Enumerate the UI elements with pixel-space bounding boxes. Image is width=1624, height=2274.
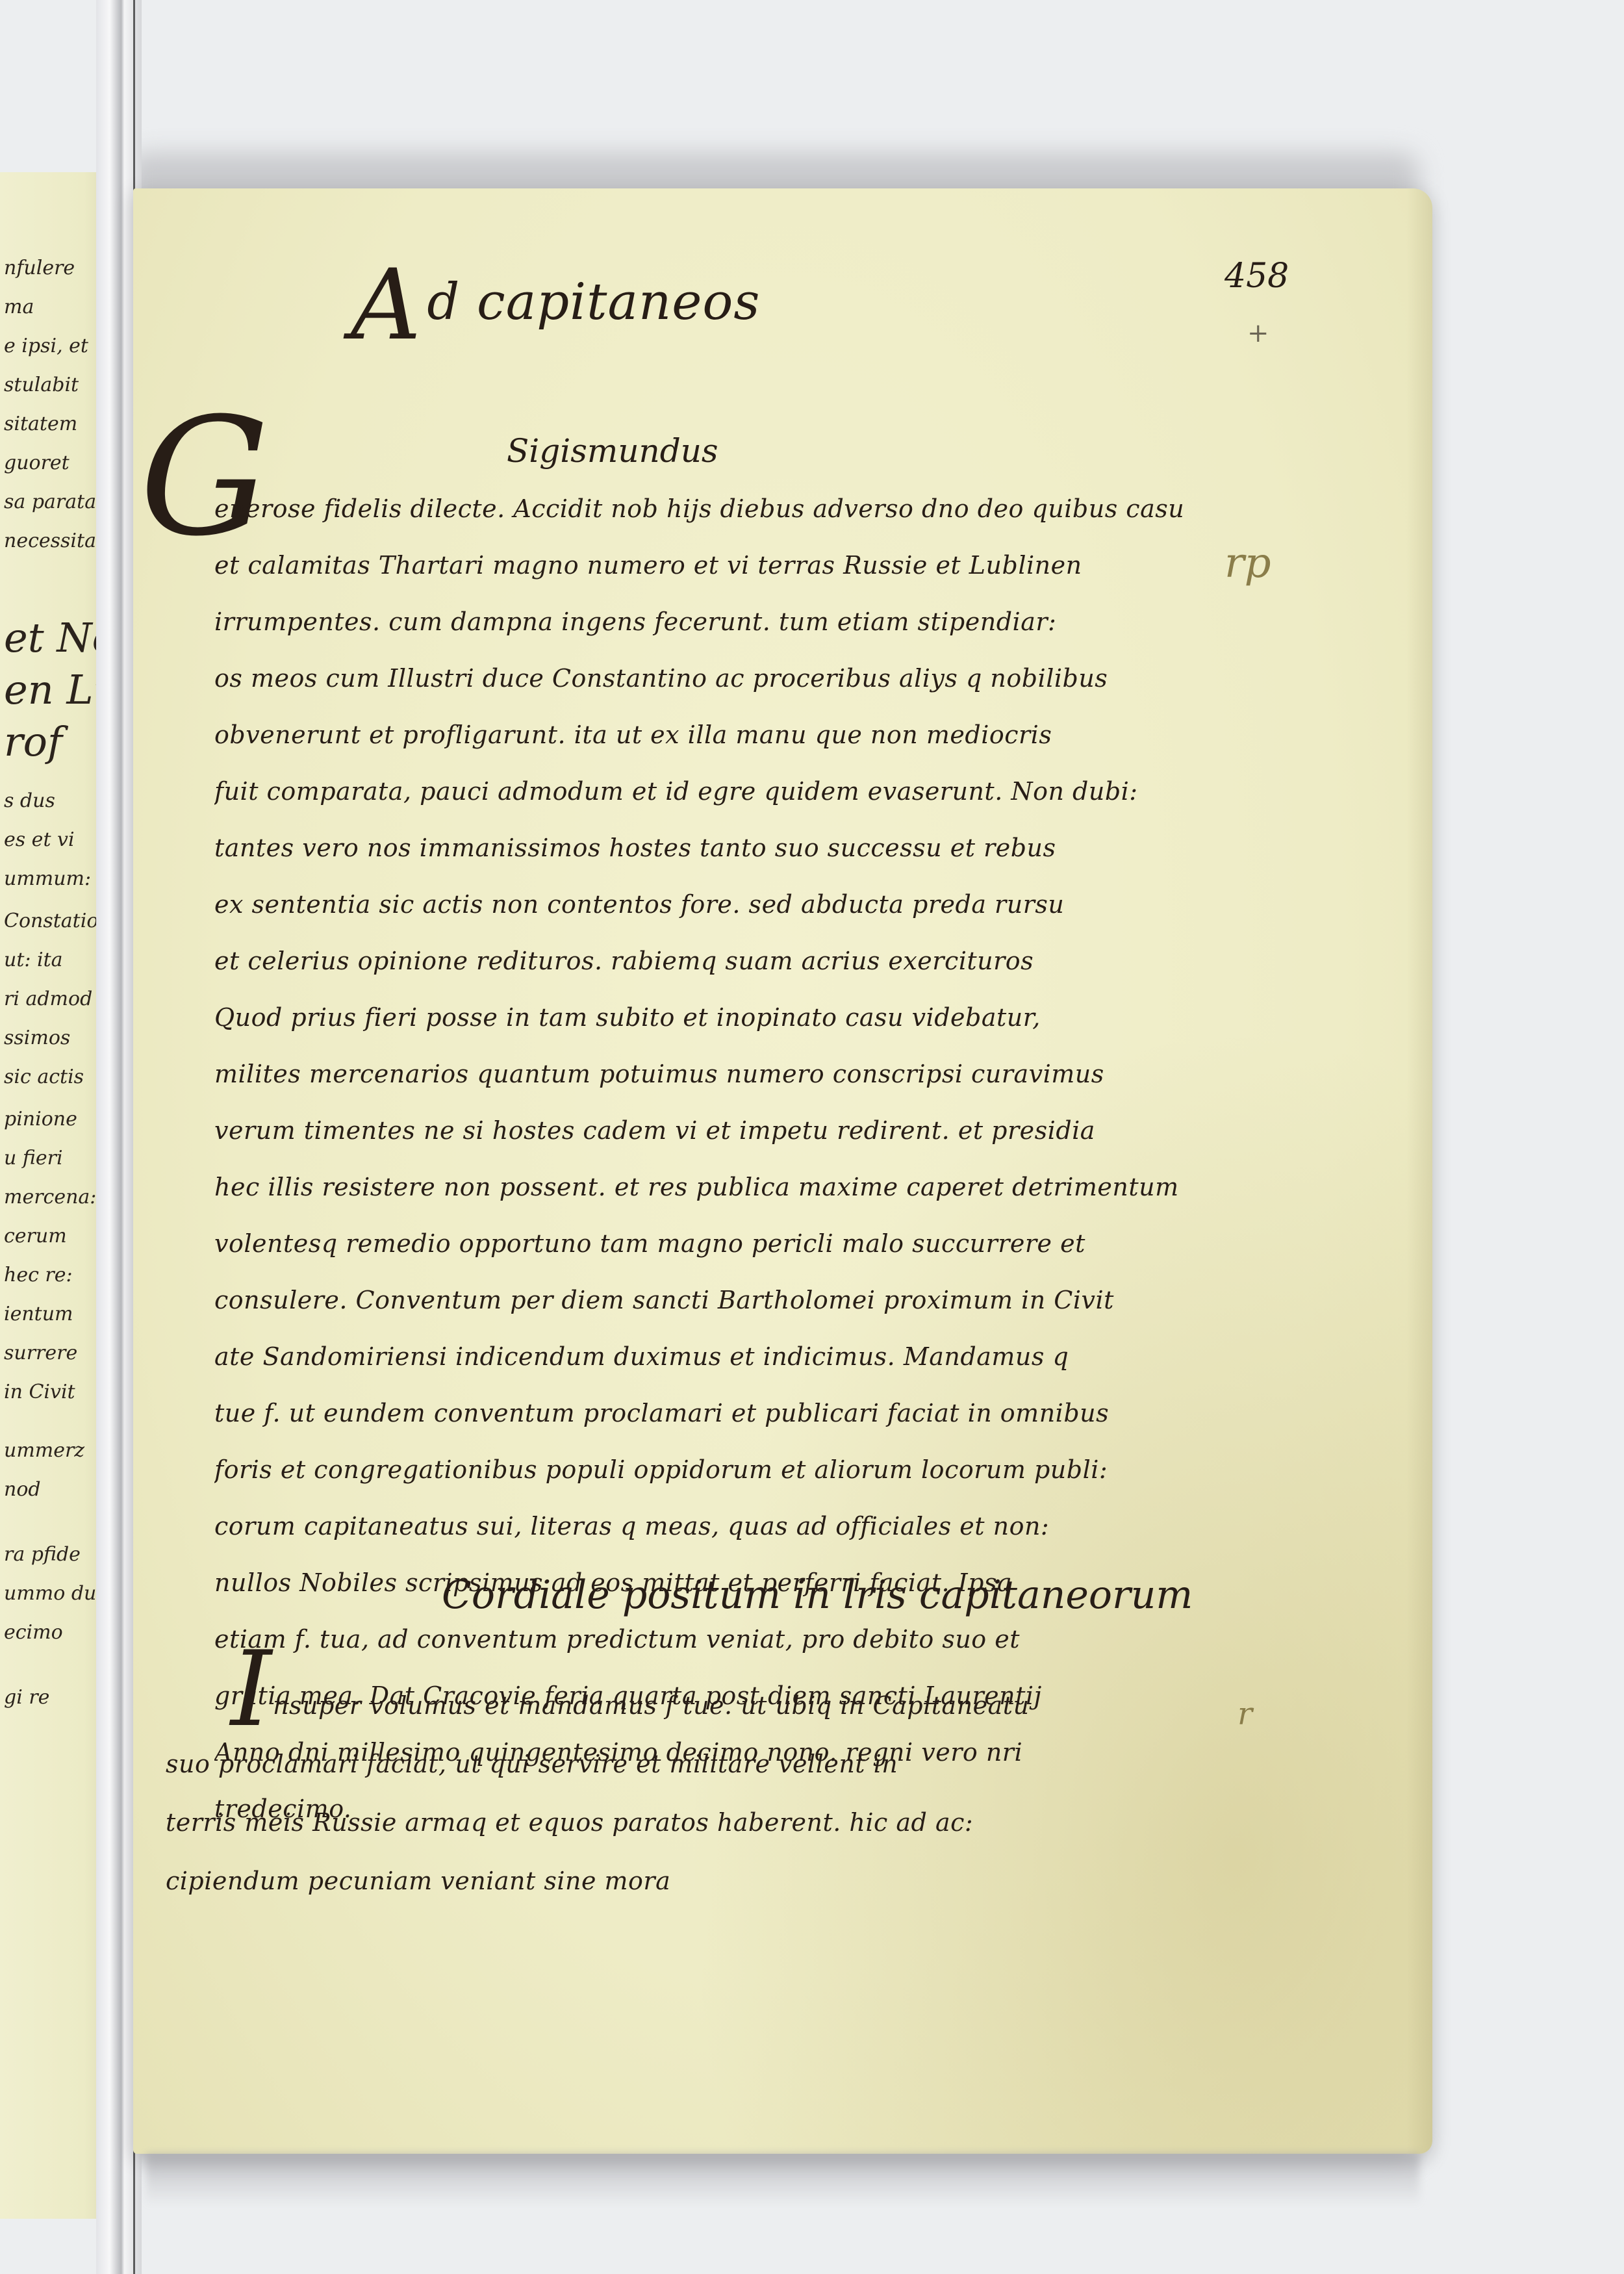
letter-line: etiam f. tua, ad conventum predictum ven… [214,1611,1202,1668]
letter-line: Quod prius fieri posse in tam subito et … [214,990,1202,1046]
letter-line: os meos cum Illustri duce Constantino ac… [214,650,1202,707]
left-page-fragment: in Civit [4,1381,75,1403]
heading-text: d capitaneos [427,273,760,331]
left-page-fragment: ummo dui [4,1582,103,1605]
left-page-fragment: ecimo [4,1621,63,1644]
left-page-fragment: nod [4,1478,41,1501]
folio-mark: + [1247,318,1269,348]
left-page-fragment: rof [4,718,62,765]
left-page-fragment: surrere [4,1342,77,1364]
left-page-fragment: sa parata [4,491,96,513]
letter-line: irrumpentes. cum dampna ingens fecerunt.… [214,594,1202,650]
postscript-initial: I [231,1637,272,1741]
left-page-fragment: ut: ita [4,949,63,971]
postscript-line: suo proclamari faciat, ut qui servire et… [166,1735,1182,1793]
letter-line: hec illis resistere non possent. et res … [214,1159,1202,1216]
sender-name: Sigismundus [507,432,718,470]
letter-line: enerose fidelis dilecte. Accidit nob hij… [214,481,1202,537]
letter-line: ex sententia sic actis non contentos for… [214,876,1202,933]
letter-line: ate Sandomiriensi indicendum duximus et … [214,1329,1202,1385]
section-subheading: Cordiale positum in lris capitaneorum [442,1572,1193,1618]
postscript-line: nsuper volumus et mandamus f tue. ut ubi… [273,1676,1182,1735]
letter-line: corum capitaneatus sui, literas q meas, … [214,1498,1202,1555]
left-page-fragment: sitatem [4,413,77,435]
letter-line: et celerius opinione redituros. rabiemq … [214,933,1202,990]
left-page-fragment: ummerz [4,1439,84,1462]
letter-line: foris et congregationibus populi oppidor… [214,1442,1202,1498]
letter-line: consulere. Conventum per diem sancti Bar… [214,1272,1202,1329]
left-page-fragment: stulabit [4,374,79,396]
page-bottom-shadow [146,2154,1419,2206]
letter-line: tantes vero nos immanissimos hostes tant… [214,820,1202,876]
left-page-fragment: hec re: [4,1264,73,1286]
letter-line: milites mercenarios quantum potuimus num… [214,1046,1202,1103]
letter-line: fuit comparata, pauci admodum et id egre… [214,763,1202,820]
left-page-fragment: e ipsi, et [4,335,88,357]
left-page-fragment: ra pfide [4,1543,81,1566]
left-page-fragment: pinione [4,1108,77,1131]
left-page-fragment: s dus [4,789,55,812]
left-page-fragment: sic actis [4,1066,84,1088]
left-page-fragment: ma [4,296,34,318]
left-page-fragment: ssimos [4,1027,70,1049]
letter-line: volentesq remedio opportuno tam magno pe… [214,1216,1202,1272]
margin-note-upper: rp [1224,539,1271,587]
left-page-fragment: nfulere [4,257,75,279]
heading-initial: A [351,249,422,362]
left-page-fragment: es et vi [4,828,75,851]
left-page-fragment: mercena: [4,1186,96,1208]
left-page-fragment: gi re [4,1686,49,1709]
letter-line: et calamitas Thartari magno numero et vi… [214,537,1202,594]
margin-note-lower: r [1237,1696,1252,1732]
letter-line: verum timentes ne si hostes cadem vi et … [214,1103,1202,1159]
left-page-fragment: guoret [4,452,70,474]
letter-line: tue f. ut eundem conventum proclamari et… [214,1385,1202,1442]
letter-line: obvenerunt et profligarunt. ita ut ex il… [214,707,1202,763]
letter-body: enerose fidelis dilecte. Accidit nob hij… [214,481,1202,1837]
page-heading: Ad capitaneos [351,257,760,354]
left-page-fragment: ientum [4,1303,73,1325]
left-page-fragment: u fieri [4,1147,63,1169]
postscript-line: cipiendum pecuniam veniant sine mora [166,1852,1182,1910]
postscript-line: terris meis Russie armaq et equos parato… [166,1793,1182,1852]
folio-number: 458 [1224,257,1289,296]
left-page-fragment: cerum [4,1225,67,1247]
left-page-fragment: Constatio [4,910,98,932]
postscript-body: nsuper volumus et mandamus f tue. ut ubi… [273,1676,1182,1910]
left-page-fragment: ri admod [4,988,92,1010]
left-page-fragment: ummum: [4,867,91,890]
